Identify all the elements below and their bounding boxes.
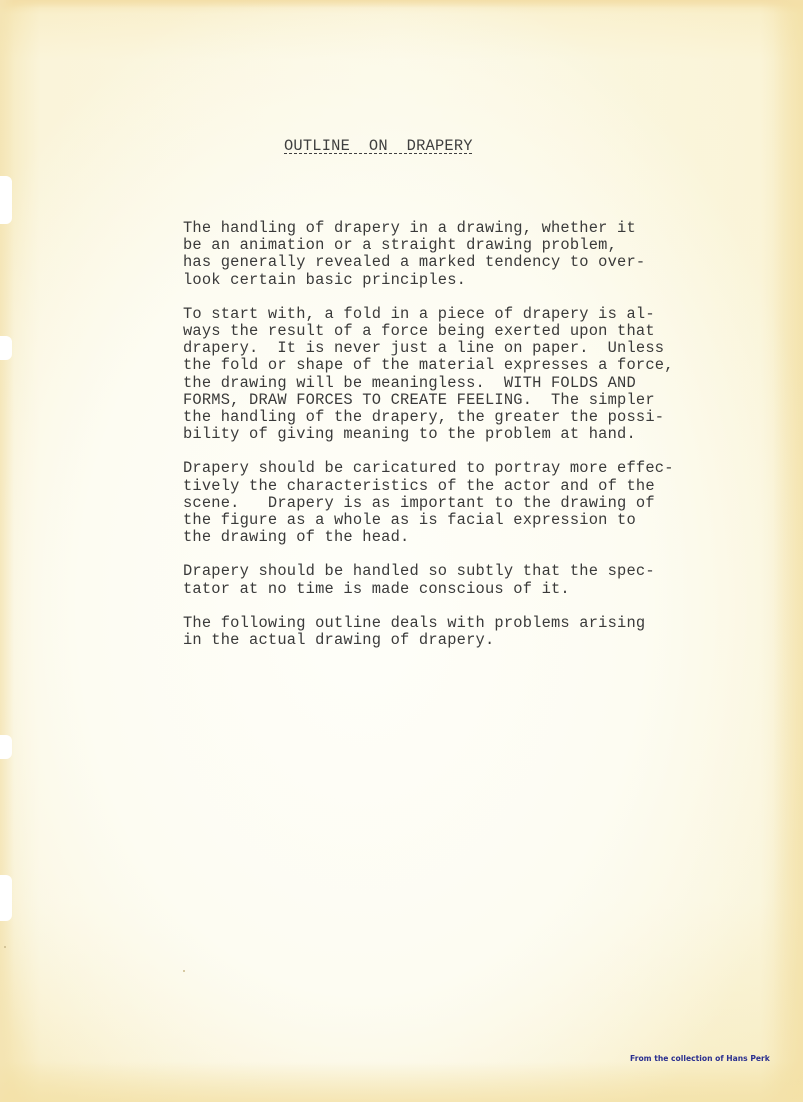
paper-edge-left: [0, 0, 14, 1102]
binder-notch: [0, 875, 12, 921]
paragraph-force: To start with, a fold in a piece of drap…: [183, 306, 743, 444]
binder-notch: [0, 735, 12, 759]
text-line: FORMS, DRAW FORCES TO CREATE FEELING. Th…: [183, 392, 743, 409]
text-line: the fold or shape of the material expres…: [183, 357, 743, 374]
collection-credit: From the collection of Hans Perk: [630, 1054, 770, 1063]
text-line: Drapery should be caricatured to portray…: [183, 460, 743, 477]
document-body: The handling of drapery in a drawing, wh…: [183, 220, 743, 666]
text-line: the drawing will be meaningless. WITH FO…: [183, 375, 743, 392]
text-line: be an animation or a straight drawing pr…: [183, 237, 743, 254]
binder-notch: [0, 336, 12, 360]
text-line: in the actual drawing of drapery.: [183, 632, 743, 649]
text-line: ways the result of a force being exerted…: [183, 323, 743, 340]
paragraph-caricature: Drapery should be caricatured to portray…: [183, 460, 743, 546]
scanned-page: OUTLINE ON DRAPERY The handling of drape…: [0, 0, 803, 1102]
paper-edge-right: [773, 0, 803, 1102]
paper-speck: [183, 970, 185, 972]
text-line: tator at no time is made conscious of it…: [183, 581, 743, 598]
text-line: the figure as a whole as is facial expre…: [183, 512, 743, 529]
document-title: OUTLINE ON DRAPERY: [284, 137, 473, 155]
text-line: The following outline deals with problem…: [183, 615, 743, 632]
paragraph-subtlety: Drapery should be handled so subtly that…: [183, 563, 743, 597]
paper-edge-top: [0, 0, 803, 8]
binder-notch: [0, 176, 12, 224]
paragraph-intro: The handling of drapery in a drawing, wh…: [183, 220, 743, 289]
text-line: the drawing of the head.: [183, 529, 743, 546]
text-line: To start with, a fold in a piece of drap…: [183, 306, 743, 323]
text-line: Drapery should be handled so subtly that…: [183, 563, 743, 580]
text-line: scene. Drapery is as important to the dr…: [183, 495, 743, 512]
paper-speck: [4, 946, 6, 948]
text-line: look certain basic principles.: [183, 272, 743, 289]
text-line: drapery. It is never just a line on pape…: [183, 340, 743, 357]
text-line: bility of giving meaning to the problem …: [183, 426, 743, 443]
text-line: The handling of drapery in a drawing, wh…: [183, 220, 743, 237]
paper-edge-bottom: [0, 1062, 803, 1102]
paragraph-outline-intro: The following outline deals with problem…: [183, 615, 743, 649]
text-line: tively the characteristics of the actor …: [183, 478, 743, 495]
text-line: has generally revealed a marked tendency…: [183, 254, 743, 271]
text-line: the handling of the drapery, the greater…: [183, 409, 743, 426]
